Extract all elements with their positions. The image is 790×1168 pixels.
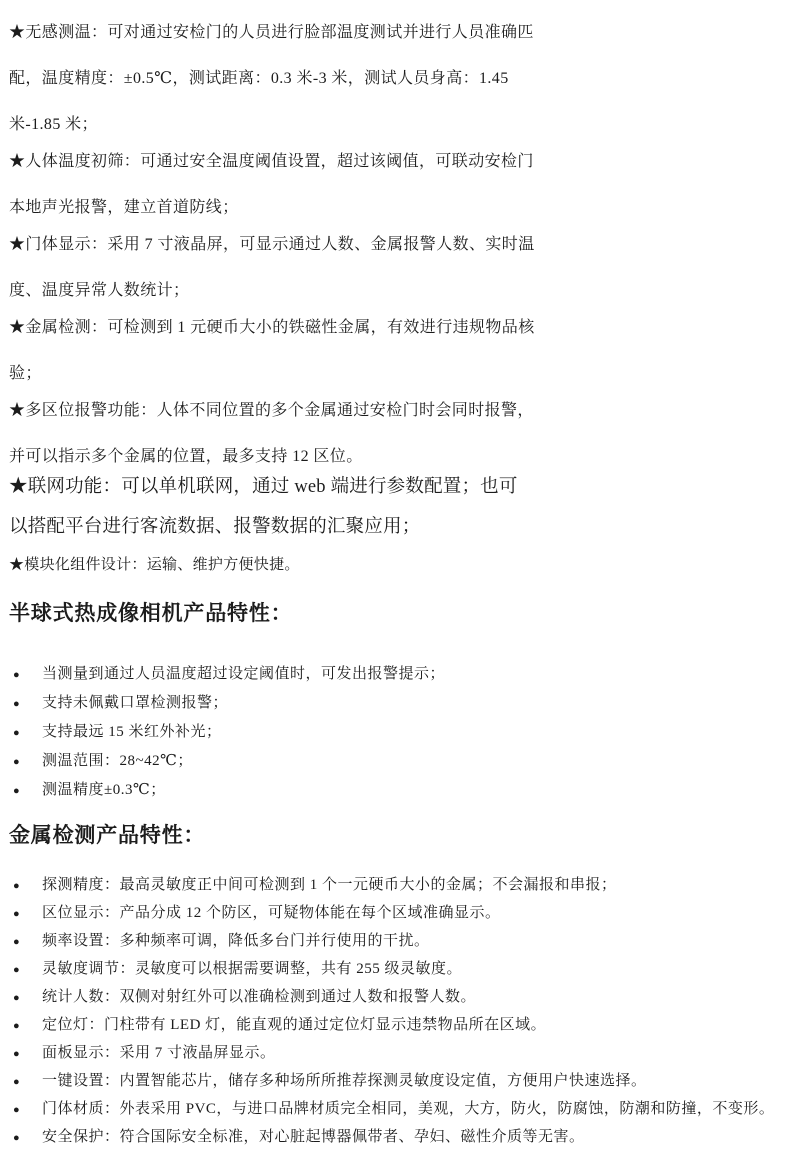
star-paragraph: ★门体显示：采用 7 寸液晶屏，可显示通过人数、金属报警人数、实时温度、温度异常… xyxy=(9,222,782,305)
bullet-text: 支持最远 15 米红外补光； xyxy=(42,718,222,747)
bullet-icon: ● xyxy=(9,1096,42,1123)
feature-line: ★金属检测：可检测到 1 元硬币大小的铁磁性金属，有效进行违规物品核 xyxy=(9,305,782,351)
bullet-icon: ● xyxy=(9,928,42,955)
star-paragraph: ★无感测温：可对通过安检门的人员进行脸部温度测试并进行人员准确匹配，温度精度：±… xyxy=(9,10,782,139)
star-feature-list: ★无感测温：可对通过安检门的人员进行脸部温度测试并进行人员准确匹配，温度精度：±… xyxy=(9,10,782,583)
bullet-icon: ● xyxy=(9,984,42,1011)
bullet-item: ●支持未佩戴口罩检测报警； xyxy=(9,689,782,718)
star-paragraph: ★人体温度初筛：可通过安全温度阈值设置，超过该阈值，可联动安检门本地声光报警，建… xyxy=(9,139,782,222)
feature-line: 度、温度异常人数统计； xyxy=(9,268,782,305)
star-paragraph: ★金属检测：可检测到 1 元硬币大小的铁磁性金属，有效进行违规物品核验； xyxy=(9,305,782,388)
bullet-list: ●探测精度：最高灵敏度正中间可检测到 1 个一元硬币大小的金属；不会漏报和串报；… xyxy=(9,871,782,1151)
feature-sections: 半球式热成像相机产品特性：●当测量到通过人员温度超过设定阈值时，可发出报警提示；… xyxy=(9,599,782,1151)
feature-line: ★多区位报警功能：人体不同位置的多个金属通过安检门时会同时报警， xyxy=(9,388,782,434)
feature-line: 米-1.85 米； xyxy=(9,102,782,139)
bullet-item: ●支持最远 15 米红外补光； xyxy=(9,718,782,747)
feature-line: ★无感测温：可对通过安检门的人员进行脸部温度测试并进行人员准确匹 xyxy=(9,10,782,56)
bullet-text: 测温精度±0.3℃； xyxy=(42,776,166,805)
star-paragraph: ★多区位报警功能：人体不同位置的多个金属通过安检门时会同时报警，并可以指示多个金… xyxy=(9,388,782,467)
bullet-text: 频率设置：多种频率可调，降低多台门并行使用的干扰。 xyxy=(42,927,430,955)
feature-line: 验； xyxy=(9,351,782,388)
feature-line: 本地声光报警，建立首道防线； xyxy=(9,185,782,222)
bullet-icon: ● xyxy=(9,1040,42,1067)
feature-line: ★人体温度初筛：可通过安全温度阈值设置，超过该阈值，可联动安检门 xyxy=(9,139,782,185)
bullet-item: ●测温范围：28~42℃； xyxy=(9,747,782,776)
bullet-text: 当测量到通过人员温度超过设定阈值时，可发出报警提示； xyxy=(42,660,445,689)
bullet-item: ●测温精度±0.3℃； xyxy=(9,776,782,805)
bullet-icon: ● xyxy=(9,956,42,983)
bullet-text: 区位显示：产品分成 12 个防区，可疑物体能在每个区域准确显示。 xyxy=(42,899,501,927)
bullet-icon: ● xyxy=(9,1124,42,1151)
feature-line: 并可以指示多个金属的位置，最多支持 12 区位。 xyxy=(9,434,782,467)
feature-line: 以搭配平台进行客流数据、报警数据的汇聚应用； xyxy=(9,507,782,547)
bullet-text: 测温范围：28~42℃； xyxy=(42,747,193,776)
bullet-item: ●安全保护：符合国际安全标准，对心脏起博器佩带者、孕妇、磁性介质等无害。 xyxy=(9,1123,782,1151)
bullet-icon: ● xyxy=(9,872,42,899)
bullet-text: 安全保护：符合国际安全标准，对心脏起博器佩带者、孕妇、磁性介质等无害。 xyxy=(42,1123,585,1151)
product-spec-document: ★无感测温：可对通过安检门的人员进行脸部温度测试并进行人员准确匹配，温度精度：±… xyxy=(0,0,790,1168)
bullet-text: 探测精度：最高灵敏度正中间可检测到 1 个一元硬币大小的金属；不会漏报和串报； xyxy=(42,871,617,899)
bullet-text: 统计人数：双侧对射红外可以准确检测到通过人数和报警人数。 xyxy=(42,983,476,1011)
bullet-text: 面板显示：采用 7 寸液晶屏显示。 xyxy=(42,1039,276,1067)
bullet-item: ●灵敏度调节：灵敏度可以根据需要调整，共有 255 级灵敏度。 xyxy=(9,955,782,983)
star-paragraph: ★联网功能：可以单机联网，通过 web 端进行参数配置；也可以搭配平台进行客流数… xyxy=(9,467,782,547)
feature-line: 配，温度精度：±0.5℃，测试距离：0.3 米-3 米，测试人员身高：1.45 xyxy=(9,56,782,102)
bullet-icon: ● xyxy=(9,661,42,689)
bullet-item: ●定位灯：门柱带有 LED 灯，能直观的通过定位灯显示违禁物品所在区域。 xyxy=(9,1011,782,1039)
bullet-item: ●区位显示：产品分成 12 个防区，可疑物体能在每个区域准确显示。 xyxy=(9,899,782,927)
bullet-item: ●面板显示：采用 7 寸液晶屏显示。 xyxy=(9,1039,782,1067)
bullet-item: ●当测量到通过人员温度超过设定阈值时，可发出报警提示； xyxy=(9,660,782,689)
bullet-text: 门体材质：外表采用 PVC，与进口品牌材质完全相同，美观，大方，防火，防腐蚀，防… xyxy=(42,1095,774,1123)
section-heading: 半球式热成像相机产品特性： xyxy=(9,599,782,627)
feature-line: ★联网功能：可以单机联网，通过 web 端进行参数配置；也可 xyxy=(9,467,782,507)
bullet-item: ●探测精度：最高灵敏度正中间可检测到 1 个一元硬币大小的金属；不会漏报和串报； xyxy=(9,871,782,899)
bullet-text: 一键设置：内置智能芯片，储存多种场所所推荐探测灵敏度设定值，方便用户快速选择。 xyxy=(42,1067,647,1095)
bullet-icon: ● xyxy=(9,777,42,805)
bullet-text: 支持未佩戴口罩检测报警； xyxy=(42,689,228,718)
feature-line: ★模块化组件设计：运输、维护方便快捷。 xyxy=(9,547,782,583)
bullet-icon: ● xyxy=(9,719,42,747)
bullet-text: 定位灯：门柱带有 LED 灯，能直观的通过定位灯显示违禁物品所在区域。 xyxy=(42,1011,546,1039)
bullet-item: ●一键设置：内置智能芯片，储存多种场所所推荐探测灵敏度设定值，方便用户快速选择。 xyxy=(9,1067,782,1095)
bullet-icon: ● xyxy=(9,690,42,718)
bullet-icon: ● xyxy=(9,1068,42,1095)
bullet-text: 灵敏度调节：灵敏度可以根据需要调整，共有 255 级灵敏度。 xyxy=(42,955,462,983)
bullet-icon: ● xyxy=(9,748,42,776)
bullet-icon: ● xyxy=(9,1012,42,1039)
star-paragraph: ★模块化组件设计：运输、维护方便快捷。 xyxy=(9,547,782,583)
bullet-item: ●门体材质：外表采用 PVC，与进口品牌材质完全相同，美观，大方，防火，防腐蚀，… xyxy=(9,1095,782,1123)
section-heading: 金属检测产品特性： xyxy=(9,821,782,849)
bullet-item: ●统计人数：双侧对射红外可以准确检测到通过人数和报警人数。 xyxy=(9,983,782,1011)
bullet-item: ●频率设置：多种频率可调，降低多台门并行使用的干扰。 xyxy=(9,927,782,955)
bullet-icon: ● xyxy=(9,900,42,927)
bullet-list: ●当测量到通过人员温度超过设定阈值时，可发出报警提示；●支持未佩戴口罩检测报警；… xyxy=(9,660,782,805)
feature-line: ★门体显示：采用 7 寸液晶屏，可显示通过人数、金属报警人数、实时温 xyxy=(9,222,782,268)
